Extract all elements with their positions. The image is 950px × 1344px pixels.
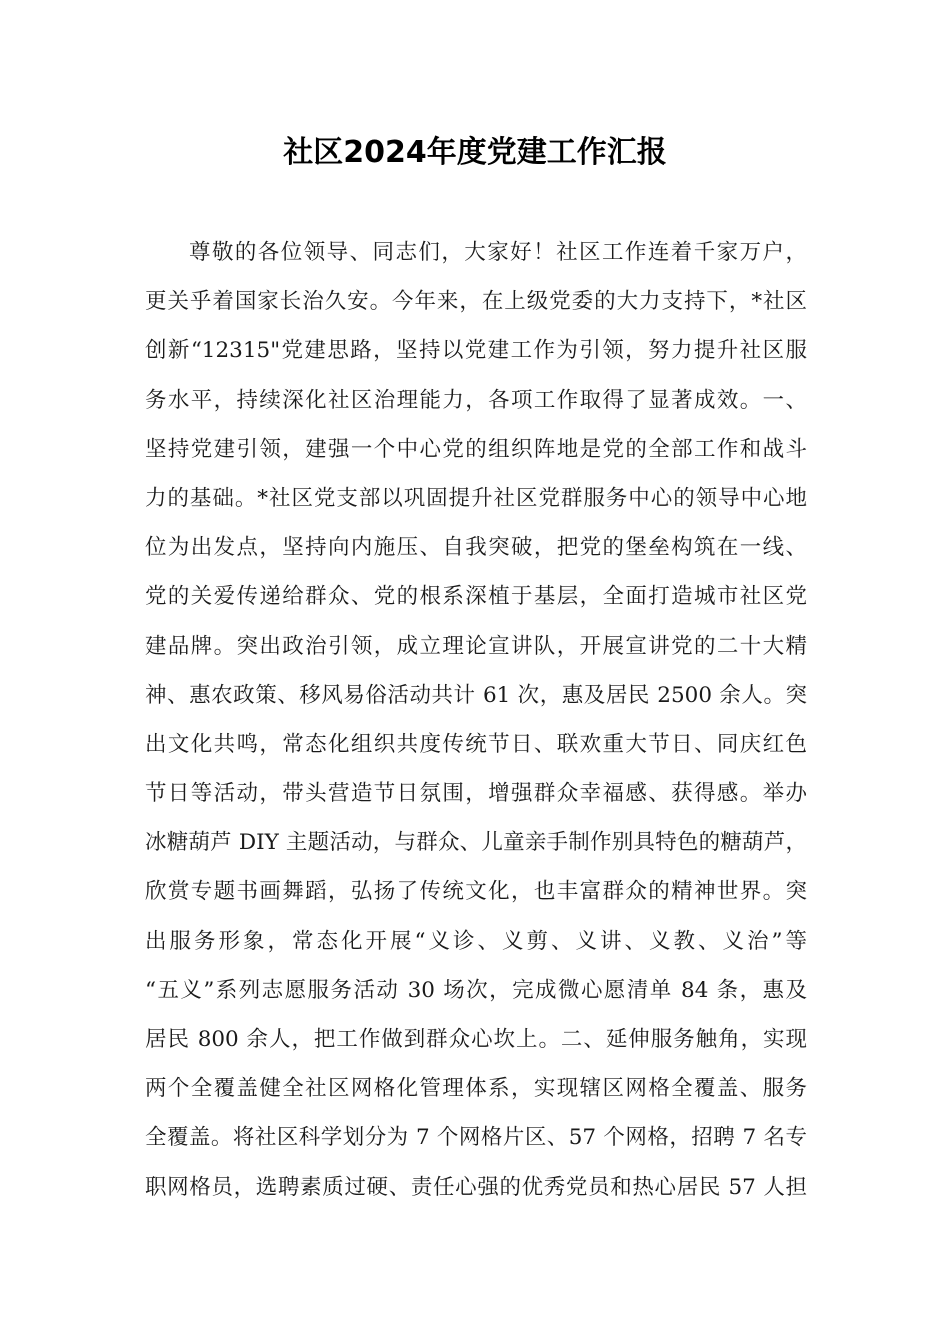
body-line: 尊敬的各位领导、同志们，大家好！社区工作连着千家万户， <box>145 228 807 277</box>
document-page: 社区2024年度党建工作汇报 尊敬的各位领导、同志们，大家好！社区工作连着千家万… <box>0 0 950 1344</box>
body-line: 坚持党建引领，建强一个中心党的组织阵地是党的全部工作和战斗 <box>145 425 807 474</box>
body-line: 居民 800 余人，把工作做到群众心坎上。二、延伸服务触角，实现 <box>145 1015 807 1064</box>
body-line: 神、惠农政策、移风易俗活动共计 61 次，惠及居民 2500 余人。突 <box>145 671 807 720</box>
body-line: 出文化共鸣，常态化组织共度传统节日、联欢重大节日、同庆红色 <box>145 720 807 769</box>
body-line: 两个全覆盖健全社区网格化管理体系，实现辖区网格全覆盖、服务 <box>145 1064 807 1113</box>
body-line: “五义”系列志愿服务活动 30 场次，完成微心愿清单 84 条，惠及 <box>145 966 807 1015</box>
body-line: 党的关爱传递给群众、党的根系深植于基层，全面打造城市社区党 <box>145 572 807 621</box>
body-line: 全覆盖。将社区科学划分为 7 个网格片区、57 个网格，招聘 7 名专 <box>145 1113 807 1162</box>
body-line: 节日等活动，带头营造节日氛围，增强群众幸福感、获得感。举办 <box>145 769 807 818</box>
document-title: 社区2024年度党建工作汇报 <box>0 128 950 178</box>
body-line: 冰糖葫芦 DIY 主题活动，与群众、儿童亲手制作别具特色的糖葫芦， <box>145 818 807 867</box>
body-line: 创新“12315"党建思路，坚持以党建工作为引领，努力提升社区服 <box>145 326 807 375</box>
body-line: 欣赏专题书画舞蹈，弘扬了传统文化，也丰富群众的精神世界。突 <box>145 867 807 916</box>
body-line: 职网格员，选聘素质过硬、责任心强的优秀党员和热心居民 57 人担 <box>145 1163 807 1212</box>
document-body: 尊敬的各位领导、同志们，大家好！社区工作连着千家万户， 更关乎着国家长治久安。今… <box>145 228 807 1212</box>
body-line: 力的基础。*社区党支部以巩固提升社区党群服务中心的领导中心地 <box>145 474 807 523</box>
body-line: 更关乎着国家长治久安。今年来，在上级党委的大力支持下，*社区 <box>145 277 807 326</box>
body-line: 务水平，持续深化社区治理能力，各项工作取得了显著成效。一、 <box>145 376 807 425</box>
body-line: 出服务形象，常态化开展“义诊、义剪、义讲、义教、义治”等 <box>145 917 807 966</box>
body-line: 建品牌。突出政治引领，成立理论宣讲队，开展宣讲党的二十大精 <box>145 622 807 671</box>
body-line: 位为出发点，坚持向内施压、自我突破，把党的堡垒构筑在一线、 <box>145 523 807 572</box>
